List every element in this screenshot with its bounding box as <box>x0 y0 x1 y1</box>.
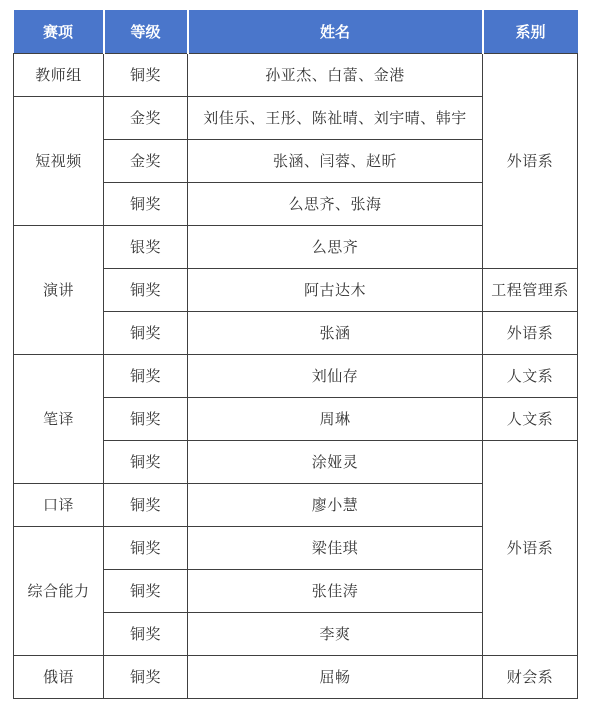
cell-level: 铜奖 <box>104 483 188 526</box>
cell-level: 铜奖 <box>104 655 188 698</box>
cell-event: 俄语 <box>14 655 104 698</box>
cell-names: 周琳 <box>188 397 483 440</box>
table-row: 俄语 铜奖 屈畅 财会系 <box>14 655 578 698</box>
cell-event: 短视频 <box>14 96 104 225</box>
awards-table: 赛项 等级 姓名 系别 教师组 铜奖 孙亚杰、白蕾、金港 外语系 短视频 金奖 … <box>13 10 578 699</box>
table-row: 笔译 铜奖 刘仙存 人文系 <box>14 354 578 397</box>
table-header: 赛项 等级 姓名 系别 <box>14 10 578 53</box>
cell-level: 铜奖 <box>104 354 188 397</box>
cell-level: 金奖 <box>104 139 188 182</box>
cell-level: 铜奖 <box>104 569 188 612</box>
cell-level: 铜奖 <box>104 526 188 569</box>
cell-level: 铜奖 <box>104 53 188 96</box>
cell-names: 刘佳乐、王彤、陈祉晴、刘宇晴、韩宇 <box>188 96 483 139</box>
column-header-names: 姓名 <box>188 10 483 53</box>
cell-names: 梁佳琪 <box>188 526 483 569</box>
cell-dept: 财会系 <box>483 655 578 698</box>
cell-dept: 人文系 <box>483 397 578 440</box>
cell-event: 演讲 <box>14 225 104 354</box>
cell-dept: 工程管理系 <box>483 268 578 311</box>
cell-names: 阿古达木 <box>188 268 483 311</box>
header-row: 赛项 等级 姓名 系别 <box>14 10 578 53</box>
cell-level: 铜奖 <box>104 268 188 311</box>
cell-names: 刘仙存 <box>188 354 483 397</box>
page: 赛项 等级 姓名 系别 教师组 铜奖 孙亚杰、白蕾、金港 外语系 短视频 金奖 … <box>0 0 590 723</box>
cell-names: 李爽 <box>188 612 483 655</box>
cell-event: 口译 <box>14 483 104 526</box>
cell-event: 综合能力 <box>14 526 104 655</box>
cell-level: 金奖 <box>104 96 188 139</box>
cell-names: 张涵、闫蓉、赵昕 <box>188 139 483 182</box>
table-row: 教师组 铜奖 孙亚杰、白蕾、金港 外语系 <box>14 53 578 96</box>
cell-names: 么思齐 <box>188 225 483 268</box>
cell-dept: 外语系 <box>483 440 578 655</box>
cell-names: 张涵 <box>188 311 483 354</box>
cell-names: 屈畅 <box>188 655 483 698</box>
cell-dept: 人文系 <box>483 354 578 397</box>
cell-level: 铜奖 <box>104 397 188 440</box>
column-header-level: 等级 <box>104 10 188 53</box>
cell-names: 张佳涛 <box>188 569 483 612</box>
cell-level: 银奖 <box>104 225 188 268</box>
cell-dept: 外语系 <box>483 311 578 354</box>
column-header-dept: 系别 <box>483 10 578 53</box>
cell-level: 铜奖 <box>104 440 188 483</box>
cell-event: 教师组 <box>14 53 104 96</box>
cell-dept: 外语系 <box>483 53 578 268</box>
cell-event: 笔译 <box>14 354 104 483</box>
column-header-event: 赛项 <box>14 10 104 53</box>
cell-level: 铜奖 <box>104 311 188 354</box>
cell-names: 廖小慧 <box>188 483 483 526</box>
table-body: 教师组 铜奖 孙亚杰、白蕾、金港 外语系 短视频 金奖 刘佳乐、王彤、陈祉晴、刘… <box>14 53 578 698</box>
cell-level: 铜奖 <box>104 182 188 225</box>
cell-names: 孙亚杰、白蕾、金港 <box>188 53 483 96</box>
cell-names: 么思齐、张海 <box>188 182 483 225</box>
cell-level: 铜奖 <box>104 612 188 655</box>
cell-names: 涂娅灵 <box>188 440 483 483</box>
